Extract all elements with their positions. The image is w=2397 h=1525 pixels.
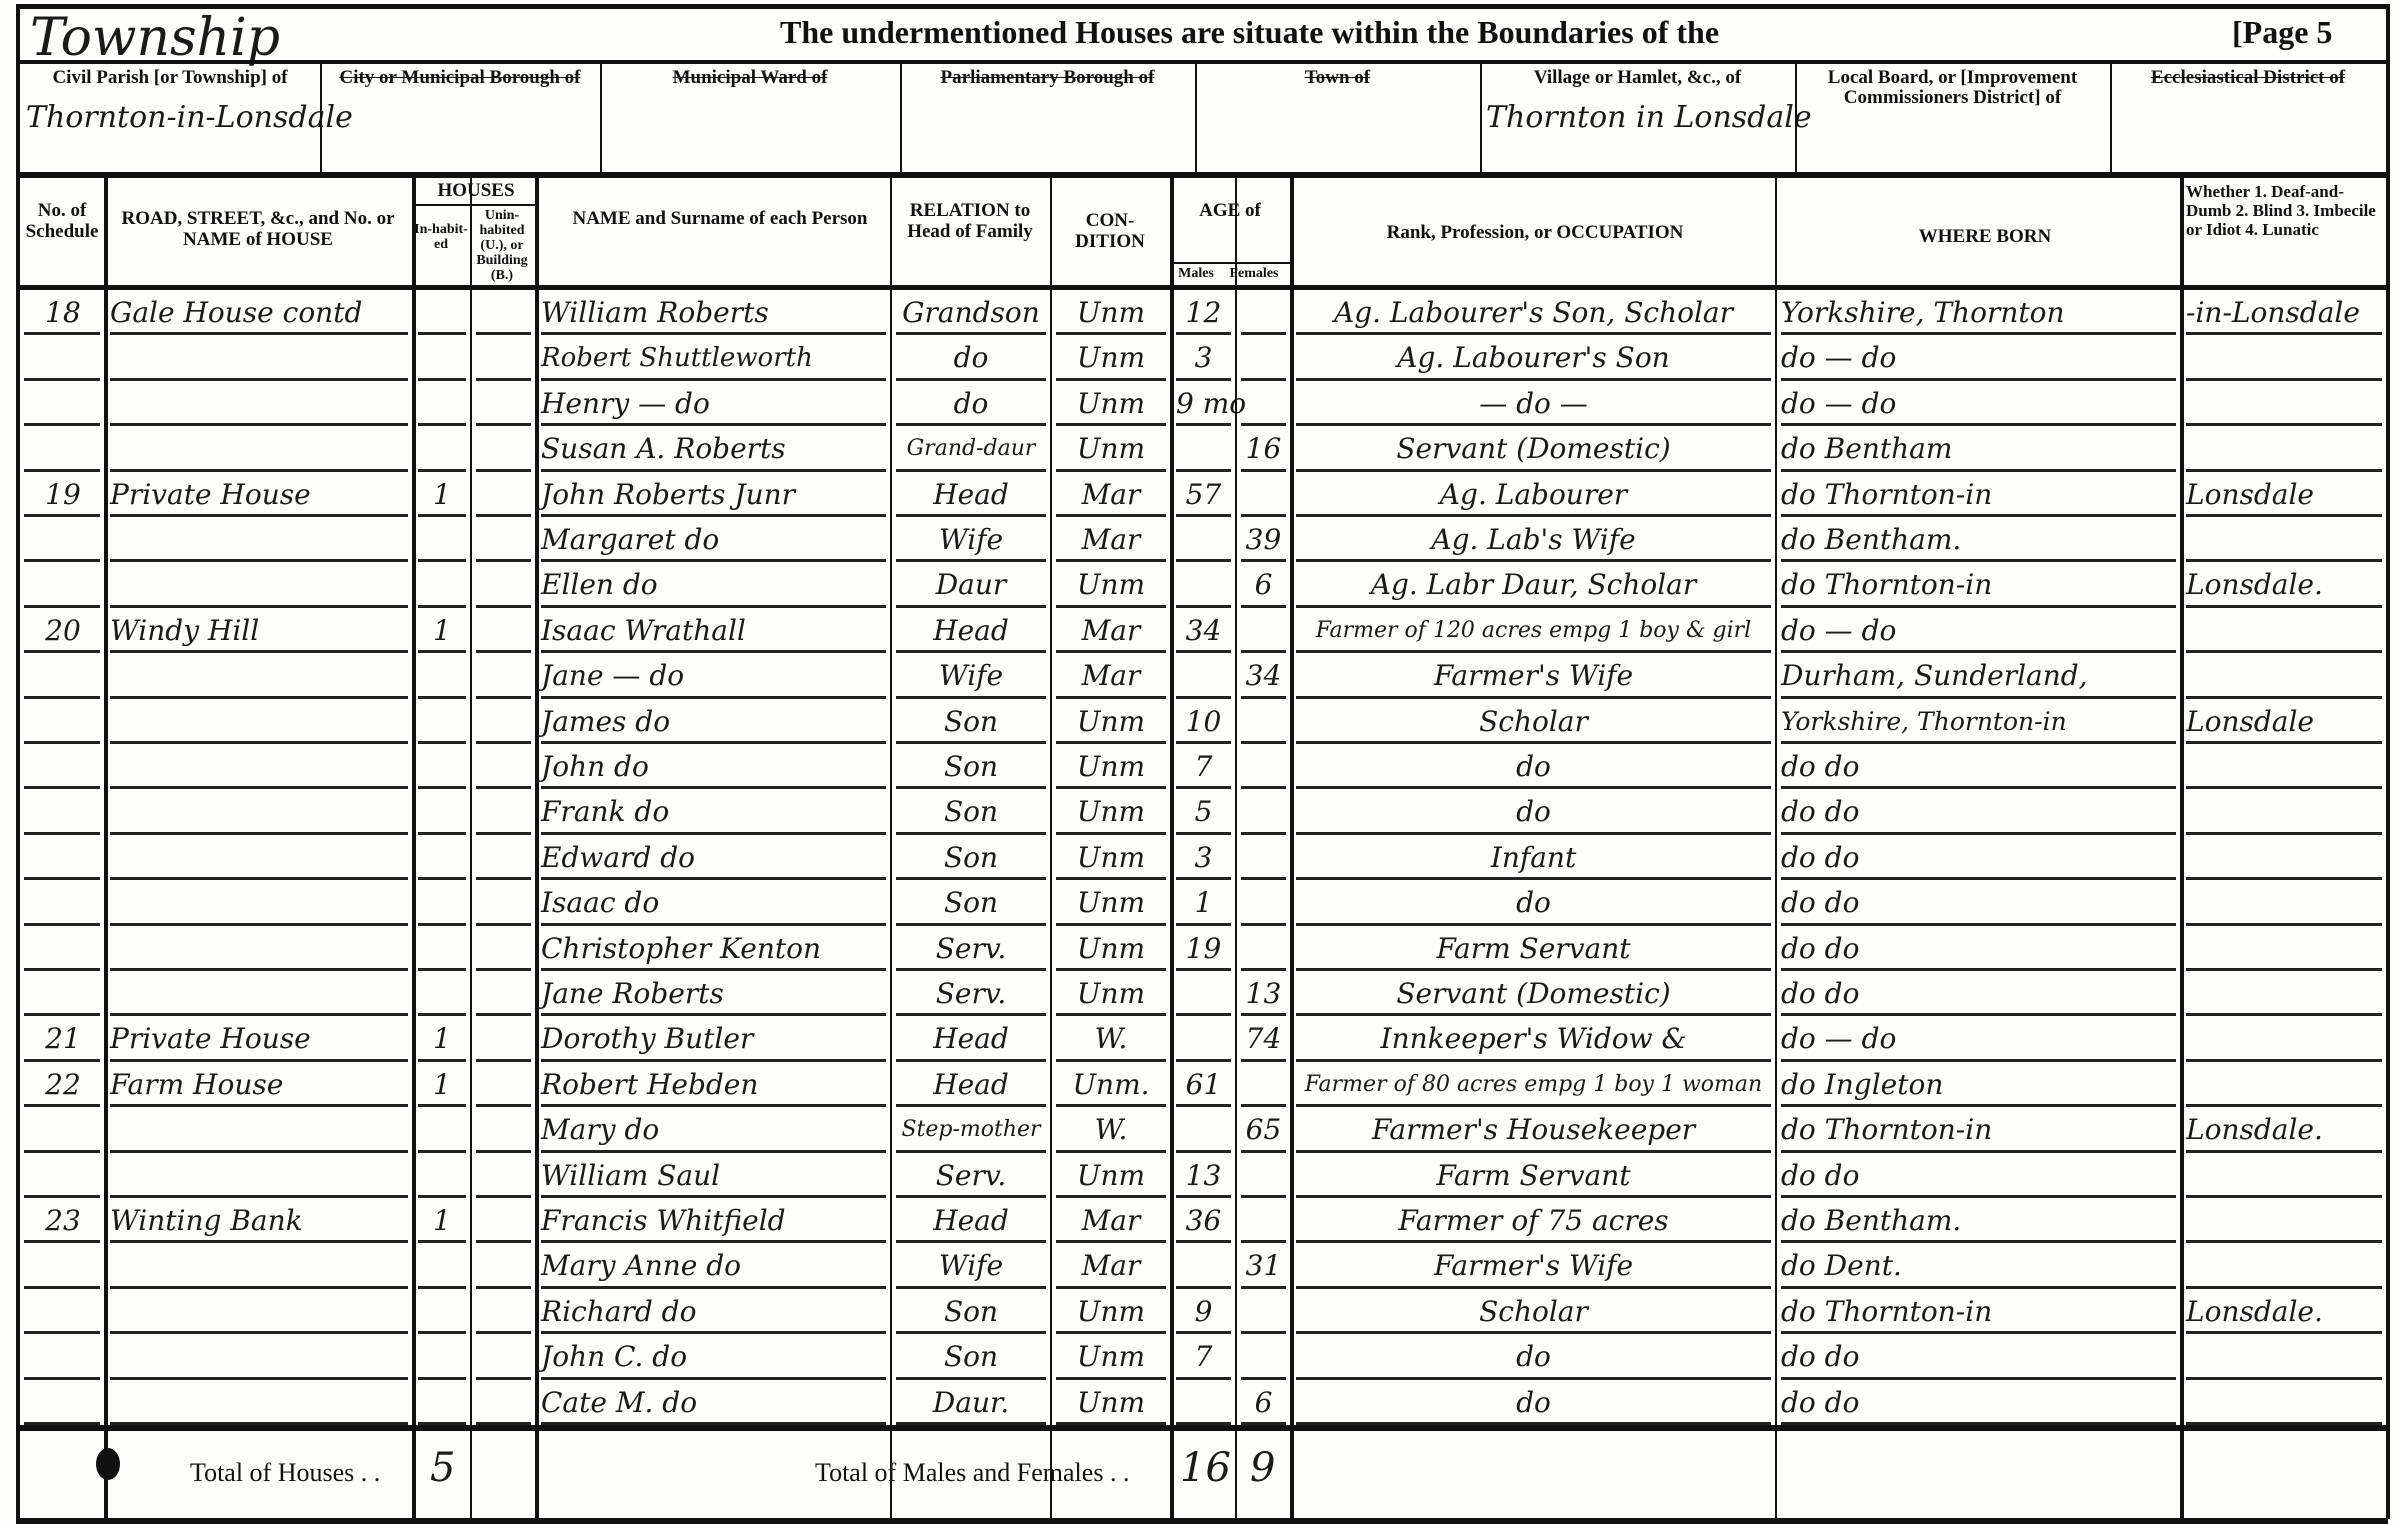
row-rule [1296, 514, 1771, 517]
row-rule [1781, 514, 2176, 517]
where-born: do Thornton-in [1781, 1111, 2176, 1151]
boundary-divider [1795, 62, 1797, 174]
row-rule [476, 1195, 531, 1198]
row-rule [896, 832, 1046, 835]
row-rule [896, 696, 1046, 699]
row-rule [1056, 650, 1166, 653]
row-rule [24, 1059, 100, 1062]
boundary-label: Town of [1195, 68, 1480, 88]
inhabited-count [418, 1384, 466, 1424]
row-rule [110, 1059, 408, 1062]
person-name: Cate M. do [541, 1384, 886, 1424]
row-rule [1056, 1377, 1166, 1380]
relation: Daur. [896, 1384, 1046, 1424]
row-rule [541, 378, 886, 381]
row-rule [24, 423, 100, 426]
person-name: Christopher Kenton [541, 930, 886, 970]
where-born-continued: Lonsdale [2186, 703, 2382, 743]
row-rule [1241, 650, 1286, 653]
row-rule [476, 786, 531, 789]
col-schedule: No. of Schedule [22, 200, 102, 242]
row-rule [1056, 741, 1166, 744]
person-name: John C. do [541, 1338, 886, 1378]
schedule-number [26, 839, 100, 879]
schedule-number [26, 1293, 100, 1333]
inhabited-count [418, 930, 466, 970]
person-name: Frank do [541, 793, 886, 833]
boundaries-divider [16, 172, 2388, 178]
boundary-label: Parliamentary Borough of [900, 68, 1195, 88]
row-rule [418, 1150, 466, 1153]
row-rule [1781, 1286, 2176, 1289]
row-rule [110, 332, 408, 335]
inhabited-count: 1 [418, 1066, 466, 1106]
where-born-continued [2186, 884, 2382, 924]
col-females: Females [1224, 266, 1284, 281]
age-female [1241, 1202, 1286, 1242]
where-born-continued [2186, 975, 2382, 1015]
row-rule [24, 469, 100, 472]
relation: Step-mother [896, 1111, 1046, 1151]
row-rule [1176, 1331, 1231, 1334]
row-rule [1296, 1331, 1771, 1334]
house-name [110, 884, 408, 924]
row-rule [476, 650, 531, 653]
person-name: Isaac do [541, 884, 886, 924]
age-female: 31 [1241, 1247, 1286, 1287]
total-houses-value: 5 [430, 1445, 455, 1491]
row-rule [24, 1331, 100, 1334]
occupation: Ag. Labourer [1296, 476, 1771, 516]
schedule-number: 19 [26, 476, 100, 516]
row-rule [1056, 1286, 1166, 1289]
row-rule [24, 559, 100, 562]
age-male: 13 [1176, 1157, 1231, 1197]
occupation: Scholar [1296, 703, 1771, 743]
row-rule [1176, 786, 1231, 789]
row-rule [1296, 968, 1771, 971]
row-rule [1241, 696, 1286, 699]
age-male: 9 [1176, 1293, 1231, 1333]
boundary-divider [600, 62, 602, 174]
age-female: 34 [1241, 657, 1286, 697]
row-rule [1781, 968, 2176, 971]
age-female [1241, 748, 1286, 788]
row-rule [1296, 605, 1771, 608]
where-born-continued [2186, 1384, 2382, 1424]
age-male [1176, 1247, 1231, 1287]
column-divider [1050, 178, 1052, 1518]
row-rule [110, 741, 408, 744]
condition: Mar [1056, 1247, 1166, 1287]
row-rule [418, 923, 466, 926]
row-rule [24, 1195, 100, 1198]
relation: Grand-daur [896, 430, 1046, 470]
row-rule [541, 1286, 886, 1289]
schedule-number [26, 703, 100, 743]
row-rule [541, 469, 886, 472]
condition: Unm [1056, 975, 1166, 1015]
house-name [110, 657, 408, 697]
house-name [110, 793, 408, 833]
occupation: Ag. Labr Daur, Scholar [1296, 566, 1771, 606]
row-rule [418, 877, 466, 880]
right-border [2386, 4, 2390, 1519]
row-rule [1241, 559, 1286, 562]
age-female [1241, 476, 1286, 516]
row-rule [110, 1195, 408, 1198]
inhabited-count: 1 [418, 476, 466, 516]
boundary-divider [900, 62, 902, 174]
where-born-continued [2186, 612, 2382, 652]
relation: Head [896, 1202, 1046, 1242]
row-rule [1781, 650, 2176, 653]
schedule-number [26, 1247, 100, 1287]
row-rule [24, 514, 100, 517]
row-rule [476, 1240, 531, 1243]
where-born: do — do [1781, 385, 2176, 425]
row-rule [1296, 1195, 1771, 1198]
row-rule [418, 559, 466, 562]
row-rule [1056, 423, 1166, 426]
age-male: 12 [1176, 294, 1231, 334]
where-born: Yorkshire, Thornton-in [1781, 703, 2176, 743]
row-rule [1296, 1150, 1771, 1153]
row-rule [476, 741, 531, 744]
condition: Unm [1056, 294, 1166, 334]
where-born: Durham, Sunderland, [1781, 657, 2176, 697]
relation: Wife [896, 1247, 1046, 1287]
occupation: Farmer of 120 acres empg 1 boy & girl [1296, 612, 1771, 652]
where-born-continued: Lonsdale. [2186, 566, 2382, 606]
row-rule [541, 786, 886, 789]
row-rule [1056, 559, 1166, 562]
boundary-field: Local Board, or [Improvement Commissione… [1795, 62, 2110, 174]
age-male [1176, 1111, 1231, 1151]
condition: Unm [1056, 1384, 1166, 1424]
inhabited-count [418, 975, 466, 1015]
row-rule [1781, 559, 2176, 562]
person-name: Dorothy Butler [541, 1020, 886, 1060]
row-rule [2186, 605, 2382, 608]
person-name: John Roberts Junr [541, 476, 886, 516]
header-divider [16, 285, 2388, 290]
row-rule [2186, 1286, 2382, 1289]
house-name: Gale House contd [110, 294, 408, 334]
row-rule [110, 1104, 408, 1107]
row-rule [541, 1059, 886, 1062]
row-rule [1781, 786, 2176, 789]
age-male: 36 [1176, 1202, 1231, 1242]
row-rule [476, 605, 531, 608]
row-rule [1056, 1059, 1166, 1062]
age-male [1176, 657, 1231, 697]
where-born: do do [1781, 975, 2176, 1015]
boundary-value: Thornton in Lonsdale [1486, 100, 1812, 135]
row-rule [896, 1059, 1046, 1062]
where-born: do do [1781, 884, 2176, 924]
row-rule [2186, 423, 2382, 426]
relation: Head [896, 476, 1046, 516]
row-rule [476, 696, 531, 699]
row-rule [418, 1377, 466, 1380]
schedule-number: 20 [26, 612, 100, 652]
row-rule [1241, 1286, 1286, 1289]
occupation: Ag. Labourer's Son, Scholar [1296, 294, 1771, 334]
row-rule [896, 559, 1046, 562]
person-name: Jane Roberts [541, 975, 886, 1015]
row-rule [418, 605, 466, 608]
row-rule [476, 1150, 531, 1153]
row-rule [1056, 923, 1166, 926]
row-rule [1056, 786, 1166, 789]
schedule-number [26, 975, 100, 1015]
row-rule [1241, 514, 1286, 517]
inhabited-count: 1 [418, 1020, 466, 1060]
row-rule [110, 923, 408, 926]
row-rule [418, 1195, 466, 1198]
row-rule [1241, 1013, 1286, 1016]
where-born: do do [1781, 1338, 2176, 1378]
row-rule [2186, 786, 2382, 789]
row-rule [2186, 378, 2382, 381]
where-born: do Bentham [1781, 430, 2176, 470]
row-rule [1781, 469, 2176, 472]
inhabited-count [418, 294, 466, 334]
condition: Unm [1056, 385, 1166, 425]
boundary-divider [2110, 62, 2112, 174]
row-rule [1176, 1286, 1231, 1289]
row-rule [896, 1013, 1046, 1016]
row-rule [1781, 1195, 2176, 1198]
where-born: do do [1781, 793, 2176, 833]
where-born-continued [2186, 793, 2382, 833]
row-rule [541, 1104, 886, 1107]
col-houses: HOUSES [416, 180, 536, 201]
where-born: do Ingleton [1781, 1066, 2176, 1106]
row-rule [476, 514, 531, 517]
row-rule [1176, 1240, 1231, 1243]
inhabited-count [418, 1247, 466, 1287]
row-rule [1056, 1150, 1166, 1153]
total-males-value: 16 [1180, 1445, 1231, 1491]
row-rule [1296, 786, 1771, 789]
schedule-number [26, 566, 100, 606]
row-rule [24, 1104, 100, 1107]
row-rule [541, 877, 886, 880]
row-rule [1781, 605, 2176, 608]
occupation: do [1296, 1384, 1771, 1424]
where-born-continued: Lonsdale. [2186, 1293, 2382, 1333]
house-name [110, 930, 408, 970]
occupation: Farmer's Wife [1296, 1247, 1771, 1287]
where-born-continued [2186, 1066, 2382, 1106]
where-born-continued [2186, 385, 2382, 425]
row-rule [1296, 1059, 1771, 1062]
row-rule [541, 559, 886, 562]
row-rule [110, 1150, 408, 1153]
row-rule [110, 605, 408, 608]
row-rule [418, 832, 466, 835]
row-rule [896, 741, 1046, 744]
house-name [110, 1157, 408, 1197]
age-male: 9 mo [1176, 385, 1231, 425]
row-rule [1056, 469, 1166, 472]
person-name: Susan A. Roberts [541, 430, 886, 470]
house-name [110, 521, 408, 561]
row-rule [1056, 332, 1166, 335]
ink-blot [96, 1448, 120, 1480]
age-male: 5 [1176, 793, 1231, 833]
age-female [1241, 884, 1286, 924]
row-rule [1176, 1013, 1231, 1016]
condition: W. [1056, 1020, 1166, 1060]
row-rule [896, 650, 1046, 653]
col-uninhabited: Unin-habited (U.), or Building (B.) [470, 208, 534, 283]
row-rule [1056, 1013, 1166, 1016]
row-rule [1781, 1059, 2176, 1062]
house-name [110, 975, 408, 1015]
row-rule [110, 877, 408, 880]
occupation: do [1296, 793, 1771, 833]
where-born: do Thornton-in [1781, 476, 2176, 516]
age-male [1176, 975, 1231, 1015]
age-female [1241, 1066, 1286, 1106]
where-born-continued [2186, 339, 2382, 379]
row-rule [541, 1240, 886, 1243]
row-rule [541, 332, 886, 335]
row-rule [1176, 1195, 1231, 1198]
person-name: Isaac Wrathall [541, 612, 886, 652]
row-rule [2186, 696, 2382, 699]
age-female: 6 [1241, 1384, 1286, 1424]
row-rule [2186, 1059, 2382, 1062]
inhabited-count [418, 385, 466, 425]
col-relation: RELATION to Head of Family [895, 200, 1045, 242]
schedule-number [26, 521, 100, 561]
where-born: do — do [1781, 612, 2176, 652]
row-rule [418, 786, 466, 789]
occupation: Ag. Labourer's Son [1296, 339, 1771, 379]
where-born-continued [2186, 1338, 2382, 1378]
age-male [1176, 521, 1231, 561]
inhabited-count [418, 884, 466, 924]
row-rule [476, 968, 531, 971]
age-female: 16 [1241, 430, 1286, 470]
column-divider [1290, 178, 1294, 1518]
relation: Head [896, 612, 1046, 652]
person-name: Richard do [541, 1293, 886, 1333]
row-rule [476, 559, 531, 562]
row-rule [1056, 1331, 1166, 1334]
inhabited-count [418, 1293, 466, 1333]
row-rule [541, 832, 886, 835]
relation: Son [896, 1293, 1046, 1333]
row-rule [1056, 1240, 1166, 1243]
occupation: Infant [1296, 839, 1771, 879]
occupation: Farmer's Wife [1296, 657, 1771, 697]
row-rule [1176, 559, 1231, 562]
occupation: do [1296, 748, 1771, 788]
row-rule [2186, 741, 2382, 744]
row-rule [1296, 378, 1771, 381]
schedule-number [26, 1338, 100, 1378]
occupation: Ag. Lab's Wife [1296, 521, 1771, 561]
row-rule [1781, 332, 2176, 335]
row-rule [418, 968, 466, 971]
schedule-number [26, 657, 100, 697]
person-name: John do [541, 748, 886, 788]
row-rule [24, 1377, 100, 1380]
age-male: 7 [1176, 1338, 1231, 1378]
boundary-label: City or Municipal Borough of [320, 68, 600, 88]
row-rule [110, 514, 408, 517]
bottom-border [16, 1518, 2388, 1524]
row-rule [1781, 1104, 2176, 1107]
where-born-continued [2186, 521, 2382, 561]
row-rule [418, 650, 466, 653]
row-rule [476, 1059, 531, 1062]
schedule-number [26, 430, 100, 470]
row-rule [1241, 968, 1286, 971]
row-rule [1781, 423, 2176, 426]
township-annotation: Township [30, 8, 280, 68]
row-rule [1296, 650, 1771, 653]
row-rule [476, 378, 531, 381]
age-female [1241, 339, 1286, 379]
schedule-number: 23 [26, 1202, 100, 1242]
occupation: Farm Servant [1296, 930, 1771, 970]
schedule-number [26, 930, 100, 970]
person-name: Ellen do [541, 566, 886, 606]
row-rule [418, 1104, 466, 1107]
row-rule [896, 1150, 1046, 1153]
person-name: Margaret do [541, 521, 886, 561]
row-rule [1296, 832, 1771, 835]
occupation: Farmer of 75 acres [1296, 1202, 1771, 1242]
census-page: Township The undermentioned Houses are s… [0, 0, 2397, 1525]
where-born: do do [1781, 930, 2176, 970]
row-rule [541, 1331, 886, 1334]
age-male: 1 [1176, 884, 1231, 924]
person-name: Robert Shuttleworth [541, 339, 886, 379]
row-rule [2186, 1240, 2382, 1243]
col-condition: CON-DITION [1055, 210, 1165, 252]
row-rule [541, 696, 886, 699]
house-name [110, 1338, 408, 1378]
condition: Unm. [1056, 1066, 1166, 1106]
row-rule [1056, 968, 1166, 971]
occupation: Servant (Domestic) [1296, 430, 1771, 470]
col-name: NAME and Surname of each Person [560, 208, 880, 229]
condition: Mar [1056, 476, 1166, 516]
house-name [110, 566, 408, 606]
boundary-field: City or Municipal Borough of [320, 62, 600, 174]
schedule-number [26, 339, 100, 379]
occupation: Farmer of 80 acres empg 1 boy 1 woman [1296, 1066, 1771, 1106]
inhabited-count: 1 [418, 612, 466, 652]
age-female: 65 [1241, 1111, 1286, 1151]
row-rule [1241, 378, 1286, 381]
where-born: do do [1781, 839, 2176, 879]
row-rule [24, 1240, 100, 1243]
house-name: Private House [110, 476, 408, 516]
where-born: do do [1781, 748, 2176, 788]
where-born: do do [1781, 1157, 2176, 1197]
house-name [110, 839, 408, 879]
row-rule [541, 1150, 886, 1153]
person-name: Jane — do [541, 657, 886, 697]
